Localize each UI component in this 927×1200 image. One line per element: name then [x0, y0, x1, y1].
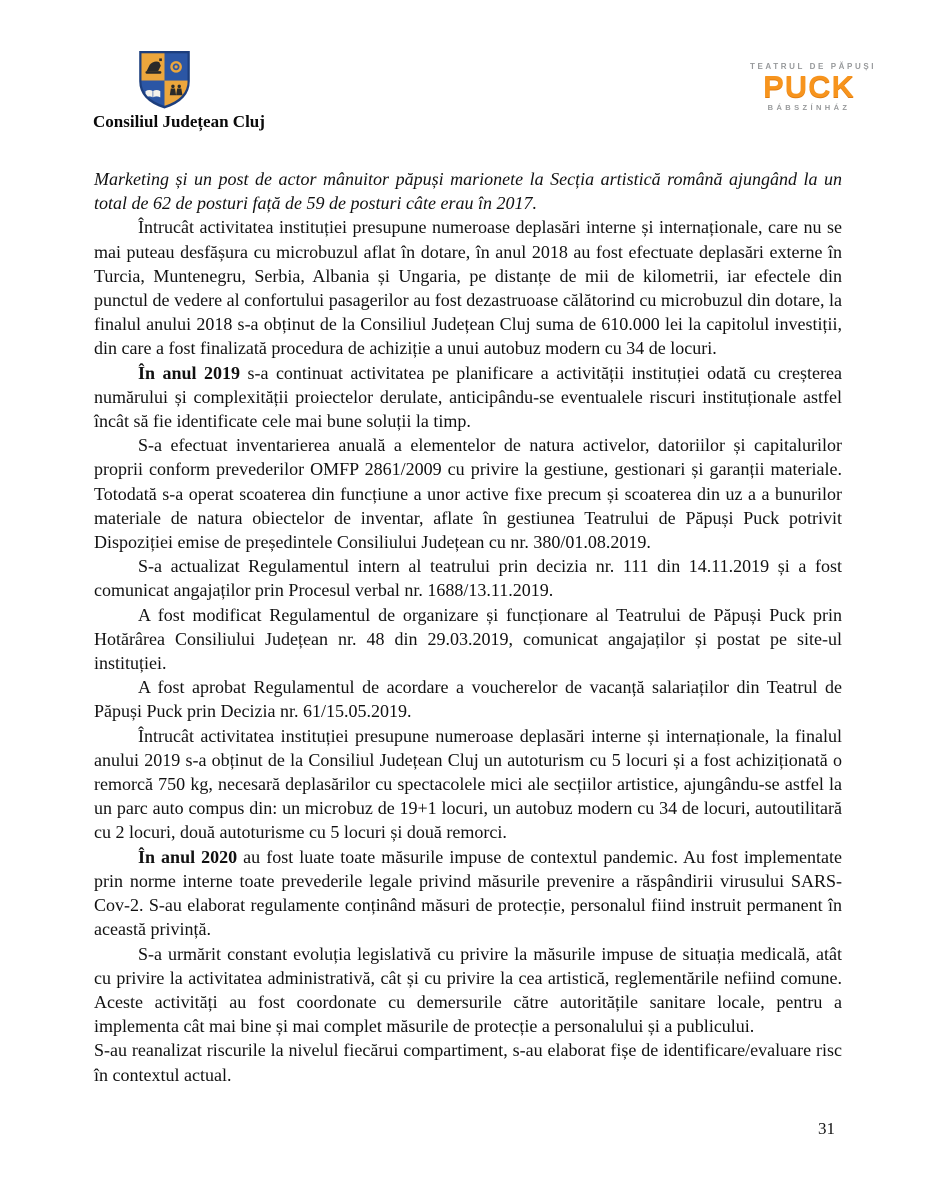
paragraph-bold-lead: În anul 2020 — [138, 847, 237, 867]
document-body: Marketing și un post de actor mânuitor p… — [94, 167, 842, 1087]
paragraph: Întrucât activitatea instituției presupu… — [94, 724, 842, 845]
consiliul-judetean-caption: Consiliul Județean Cluj — [93, 113, 235, 131]
paragraph: S-a efectuat inventarierea anuală a elem… — [94, 433, 842, 554]
puck-theatre-logo: TEATRUL DE PĂPUȘI PUCK BÁBSZÍNHÁZ — [750, 62, 868, 112]
paragraph: Întrucât activitatea instituției presupu… — [94, 215, 842, 360]
paragraph: În anul 2019 s-a continuat activitatea p… — [94, 361, 842, 434]
paragraph: S-au reanalizat riscurile la nivelul fie… — [94, 1038, 842, 1086]
paragraph-text: S-a actualizat Regulamentul intern al te… — [94, 556, 842, 600]
paragraph-text: Întrucât activitatea instituției presupu… — [94, 217, 842, 358]
paragraph-text: S-a efectuat inventarierea anuală a elem… — [94, 435, 842, 552]
paragraph: În anul 2020 au fost luate toate măsuril… — [94, 845, 842, 942]
paragraph: A fost modificat Regulamentul de organiz… — [94, 603, 842, 676]
paragraph: A fost aprobat Regulamentul de acordare … — [94, 675, 842, 723]
paragraph-bold-lead: În anul 2019 — [138, 363, 240, 383]
paragraph-text: S-au reanalizat riscurile la nivelul fie… — [94, 1040, 842, 1084]
paragraph: S-a actualizat Regulamentul intern al te… — [94, 554, 842, 602]
paragraph-text: Întrucât activitatea instituției presupu… — [94, 726, 842, 843]
paragraph: Marketing și un post de actor mânuitor p… — [94, 167, 842, 215]
puck-logo-wordmark: PUCK — [750, 71, 868, 103]
paragraph: S-a urmărit constant evoluția legislativ… — [94, 942, 842, 1039]
document-page: Consiliul Județean Cluj TEATRUL DE PĂPUȘ… — [0, 0, 927, 1200]
paragraph-text: S-a urmărit constant evoluția legislativ… — [94, 944, 842, 1037]
paragraph-text: A fost aprobat Regulamentul de acordare … — [94, 677, 842, 721]
cluj-coat-of-arms-icon — [138, 50, 191, 109]
paragraph-text: Marketing și un post de actor mânuitor p… — [94, 169, 842, 213]
puck-logo-bottom-text: BÁBSZÍNHÁZ — [750, 103, 868, 112]
paragraph-text: A fost modificat Regulamentul de organiz… — [94, 605, 842, 673]
page-number: 31 — [818, 1119, 835, 1139]
consiliul-judetean-logo: Consiliul Județean Cluj — [93, 50, 235, 131]
